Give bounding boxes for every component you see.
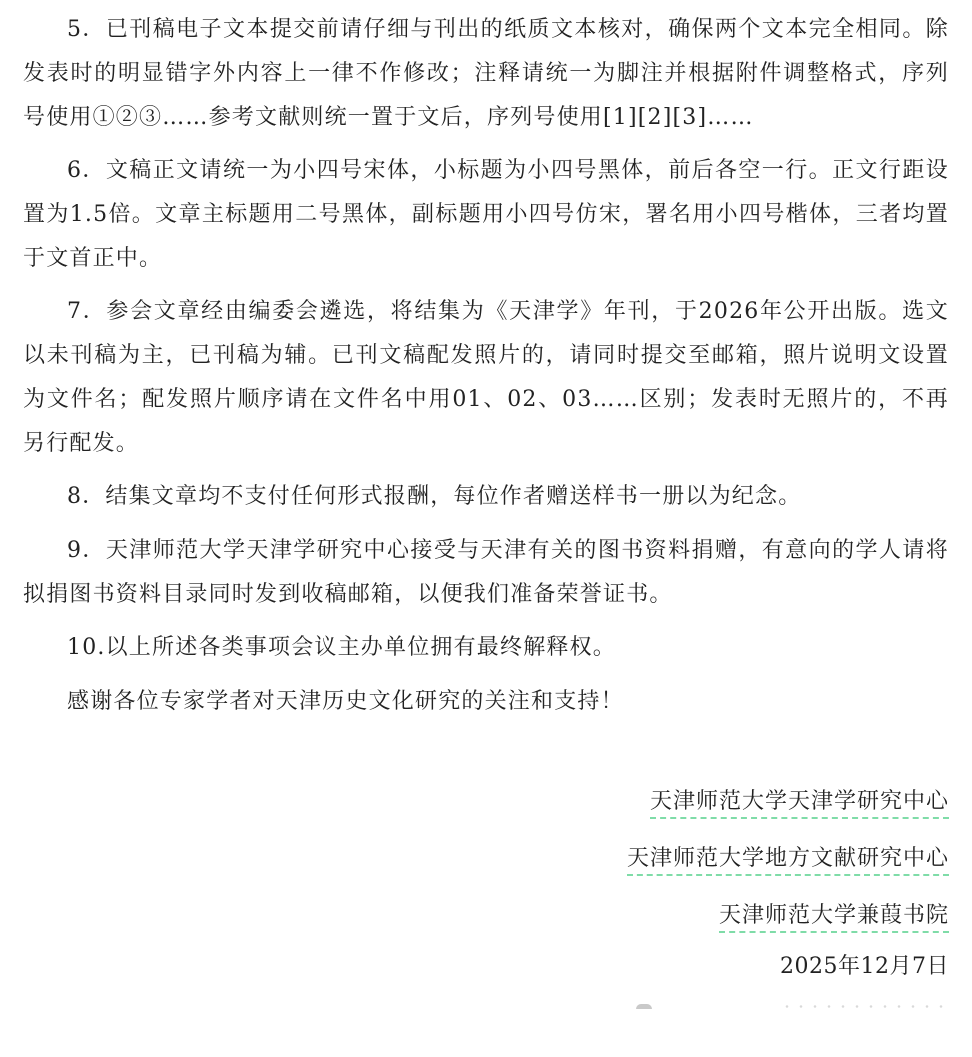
signature-text: 天津师范大学天津学研究中心 bbox=[650, 787, 949, 819]
thanks-line: 感谢各位专家学者对天津历史文化研究的关注和支持！ bbox=[23, 680, 949, 724]
faded-watermark-text bbox=[780, 1005, 945, 1008]
faded-watermark-icon bbox=[636, 1004, 652, 1009]
signature-tianjin-studies-center: 天津师范大学天津学研究中心 bbox=[627, 787, 949, 817]
signature-local-documents-center: 天津师范大学地方文献研究中心 bbox=[627, 844, 949, 874]
paragraph-7: 7．参会文章经由编委会遴选，将结集为《天津学》年刊，于2026年公开出版。选文以… bbox=[23, 290, 949, 466]
paragraph-9: 9．天津师范大学天津学研究中心接受与天津有关的图书资料捐赠，有意向的学人请将拟捐… bbox=[23, 529, 949, 617]
paragraph-8: 8．结集文章均不支付任何形式报酬，每位作者赠送样书一册以为纪念。 bbox=[23, 475, 949, 519]
signature-text: 天津师范大学兼葭书院 bbox=[719, 901, 949, 933]
signature-jianjia-academy: 天津师范大学兼葭书院 bbox=[627, 901, 949, 931]
signature-text: 天津师范大学地方文献研究中心 bbox=[627, 844, 949, 876]
document-date: 2025年12月7日 bbox=[627, 952, 949, 982]
paragraph-6: 6．文稿正文请统一为小四号宋体，小标题为小四号黑体，前后各空一行。正文行距设置为… bbox=[23, 149, 949, 281]
document-body: 5．已刊稿电子文本提交前请仔细与刊出的纸质文本核对，确保两个文本完全相同。除发表… bbox=[23, 8, 949, 736]
signature-block: 天津师范大学天津学研究中心 天津师范大学地方文献研究中心 天津师范大学兼葭书院 … bbox=[627, 787, 949, 982]
paragraph-5: 5．已刊稿电子文本提交前请仔细与刊出的纸质文本核对，确保两个文本完全相同。除发表… bbox=[23, 8, 949, 140]
paragraph-10: 10.以上所述各类事项会议主办单位拥有最终解释权。 bbox=[23, 626, 949, 670]
